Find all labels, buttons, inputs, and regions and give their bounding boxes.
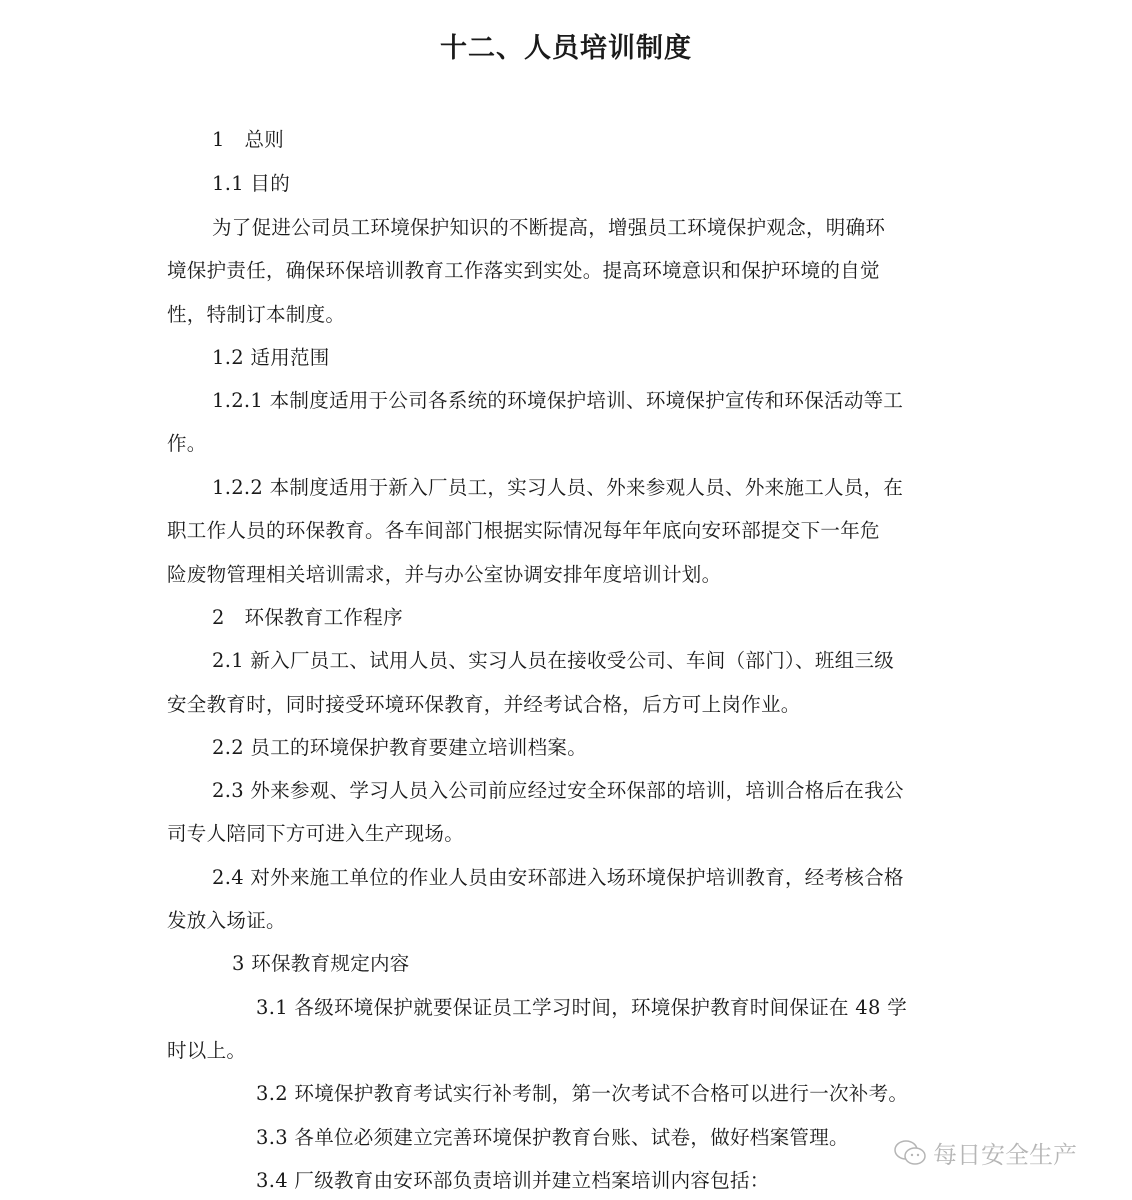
- text-line: 作。: [167, 428, 207, 456]
- document-title: 十二、人员培训制度: [0, 26, 1132, 65]
- text-line: 3.4 厂级教育由安环部负责培训并建立档案培训内容包括：: [256, 1165, 770, 1193]
- text-line: 1 总则: [212, 124, 284, 152]
- text-line: 2.2 员工的环境保护教育要建立培训档案。: [212, 732, 587, 760]
- text-line: 1.2.1 本制度适用于公司各系统的环境保护培训、环境保护宣传和环保活动等工: [212, 385, 903, 413]
- text-line: 为了促进公司员工环境保护知识的不断提高，增强员工环境保护观念，明确环: [212, 212, 885, 240]
- watermark-text: 每日安全生产: [933, 1135, 1077, 1170]
- text-line: 3.3 各单位必须建立完善环境保护教育台账、试卷，做好档案管理。: [256, 1122, 849, 1150]
- wechat-icon: [893, 1139, 927, 1167]
- text-line: 1.1 目的: [212, 168, 290, 196]
- text-line: 3.2 环境保护教育考试实行补考制，第一次考试不合格可以进行一次补考。: [256, 1078, 908, 1106]
- text-line: 2 环保教育工作程序: [212, 602, 403, 630]
- text-line: 职工作人员的环保教育。各车间部门根据实际情况每年年底向安环部提交下一年危: [167, 515, 880, 543]
- watermark: 每日安全生产: [893, 1135, 1077, 1170]
- text-line: 时以上。: [167, 1035, 246, 1063]
- text-line: 1.2.2 本制度适用于新入厂员工，实习人员、外来参观人员、外来施工人员，在: [212, 472, 903, 500]
- text-line: 3.1 各级环境保护就要保证员工学习时间，环境保护教育时间保证在 48 学: [256, 992, 907, 1020]
- text-line: 性，特制订本制度。: [167, 299, 345, 327]
- text-line: 1.2 适用范围: [212, 342, 330, 370]
- text-line: 2.4 对外来施工单位的作业人员由安环部进入场环境保护培训教育，经考核合格: [212, 862, 904, 890]
- text-line: 3 环保教育规定内容: [232, 948, 410, 976]
- text-line: 险废物管理相关培训需求，并与办公室协调安排年度培训计划。: [167, 559, 721, 587]
- text-line: 发放入场证。: [167, 905, 286, 933]
- text-line: 2.3 外来参观、学习人员入公司前应经过安全环保部的培训，培训合格后在我公: [212, 775, 904, 803]
- text-line: 司专人陪同下方可进入生产现场。: [167, 818, 464, 846]
- text-line: 安全教育时，同时接受环境环保教育，并经考试合格，后方可上岗作业。: [167, 689, 801, 717]
- text-line: 境保护责任，确保环保培训教育工作落实到实处。提高环境意识和保护环境的自觉: [167, 255, 880, 283]
- text-line: 2.1 新入厂员工、试用人员、实习人员在接收受公司、车间（部门）、班组三级: [212, 645, 894, 673]
